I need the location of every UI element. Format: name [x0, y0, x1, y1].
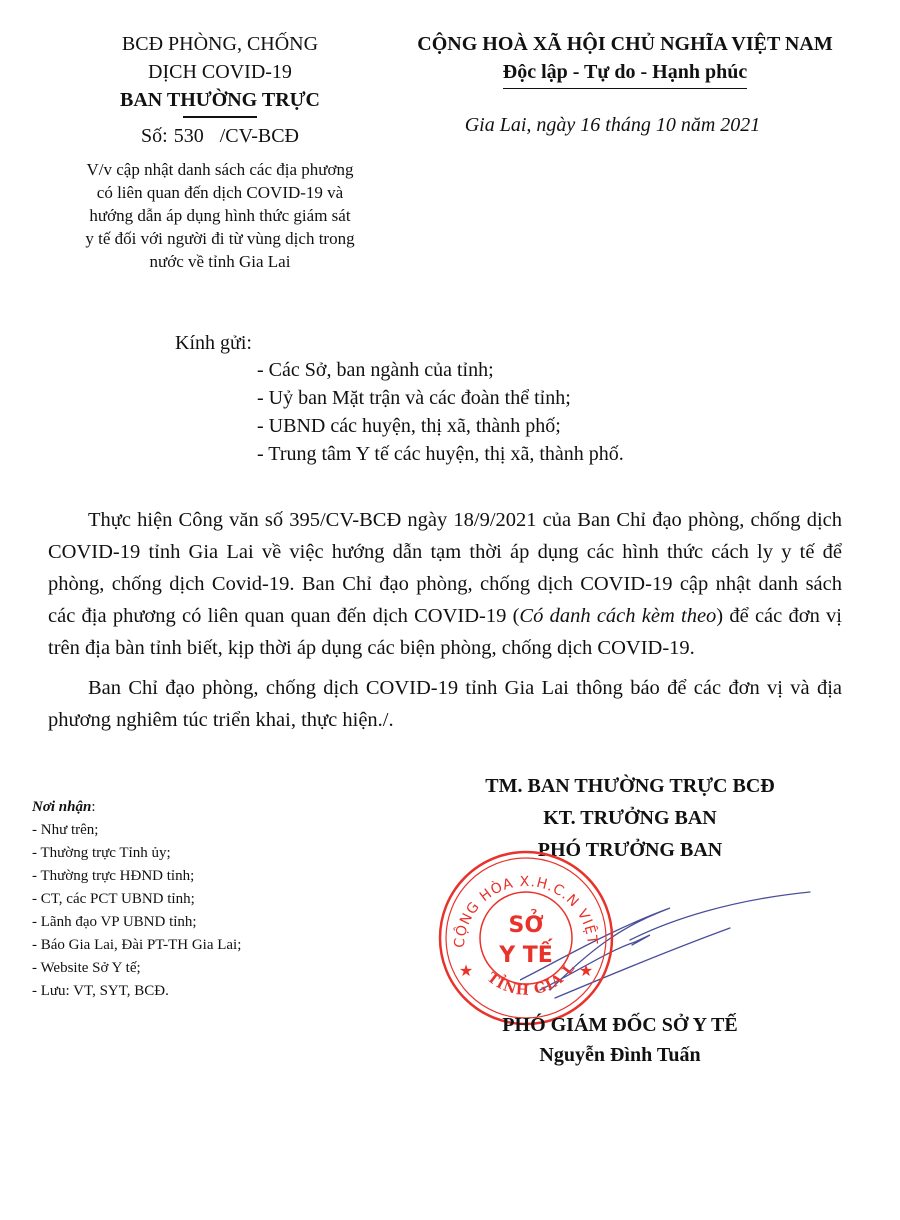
signatory-position: PHÓ GIÁM ĐỐC SỞ Y TẾ	[420, 1010, 820, 1040]
org-line-2: DỊCH COVID-19	[60, 58, 380, 86]
number-value: 530	[174, 122, 204, 150]
recipient-item: - Uỷ ban Mặt trận và các đoàn thể tỉnh;	[257, 384, 624, 412]
distribution-item: - Thường trực HĐND tỉnh;	[32, 865, 241, 888]
nation-title: CỘNG HOÀ XÃ HỘI CHỦ NGHĨA VIỆT NAM	[370, 30, 880, 58]
divider	[183, 116, 257, 118]
seal-center-line-1: SỞ	[508, 910, 543, 938]
org-line-1: BCĐ PHÒNG, CHỐNG	[60, 30, 380, 58]
subject-line: y tế đối với người đi từ vùng dịch trong	[60, 227, 380, 250]
national-header: CỘNG HOÀ XÃ HỘI CHỦ NGHĨA VIỆT NAM Độc l…	[370, 30, 880, 89]
national-motto: Độc lập - Tự do - Hạnh phúc	[503, 58, 747, 89]
star-icon: ★	[459, 963, 473, 980]
subject-line: V/v cập nhật danh sách các địa phương	[60, 158, 380, 181]
official-seal: CỘNG HÒA X.H.C.N VIỆT NAM TỈNH GIA LAI S…	[436, 848, 616, 1028]
body-text: Thực hiện Công văn số 395/CV-BCĐ ngày 18…	[48, 504, 842, 744]
recipients-label: Kính gửi:	[175, 332, 252, 355]
body-paragraph-2: Ban Chỉ đạo phòng, chống dịch COVID-19 t…	[48, 672, 842, 736]
document-number: Số:530/CV-BCĐ	[60, 122, 380, 150]
signatory-line-1: TM. BAN THƯỜNG TRỰC BCĐ	[420, 770, 840, 802]
distribution-item: - Website Sở Y tế;	[32, 957, 241, 980]
body-paragraph-1: Thực hiện Công văn số 395/CV-BCĐ ngày 18…	[48, 504, 842, 664]
signatory-line-2: KT. TRƯỞNG BAN	[420, 802, 840, 834]
recipients-list: - Các Sở, ban ngành của tỉnh; - Uỷ ban M…	[257, 356, 624, 468]
signatory-name-block: PHÓ GIÁM ĐỐC SỞ Y TẾ Nguyễn Đình Tuấn	[420, 1010, 820, 1070]
distribution-title: Nơi nhận	[32, 799, 91, 815]
org-line-3: BAN THƯỜNG TRỰC	[60, 86, 380, 114]
signatory-name: Nguyễn Đình Tuấn	[420, 1040, 820, 1070]
distribution-item: - Như trên;	[32, 819, 241, 842]
seal-center-line-2: Y TẾ	[498, 939, 554, 968]
distribution-list: Nơi nhận: - Như trên; - Thường trực Tỉnh…	[32, 796, 241, 1003]
document-date: Gia Lai, ngày 16 tháng 10 năm 2021	[370, 114, 855, 137]
distribution-item: - Báo Gia Lai, Đài PT-TH Gia Lai;	[32, 934, 241, 957]
distribution-item: - CT, các PCT UBND tỉnh;	[32, 888, 241, 911]
number-label: Số:	[141, 125, 168, 147]
distribution-item: - Thường trực Tỉnh ủy;	[32, 842, 241, 865]
number-suffix: /CV-BCĐ	[220, 125, 299, 147]
subject-line: hướng dẫn áp dụng hình thức giám sát	[60, 204, 380, 227]
recipient-item: - Trung tâm Y tế các huyện, thị xã, thàn…	[257, 440, 624, 468]
body-italic-run: Có danh cách kèm theo	[519, 605, 716, 627]
subject-line: có liên quan đến dịch COVID-19 và	[60, 181, 380, 204]
recipient-item: - UBND các huyện, thị xã, thành phố;	[257, 412, 624, 440]
distribution-item: - Lãnh đạo VP UBND tỉnh;	[32, 911, 241, 934]
issuing-authority-block: BCĐ PHÒNG, CHỐNG DỊCH COVID-19 BAN THƯỜN…	[60, 30, 380, 150]
recipient-item: - Các Sở, ban ngành của tỉnh;	[257, 356, 624, 384]
star-icon: ★	[579, 963, 593, 980]
distribution-item: - Lưu: VT, SYT, BCĐ.	[32, 980, 241, 1003]
subject-line: nước về tỉnh Gia Lai	[60, 250, 380, 273]
subject-block: V/v cập nhật danh sách các địa phương có…	[60, 158, 380, 273]
